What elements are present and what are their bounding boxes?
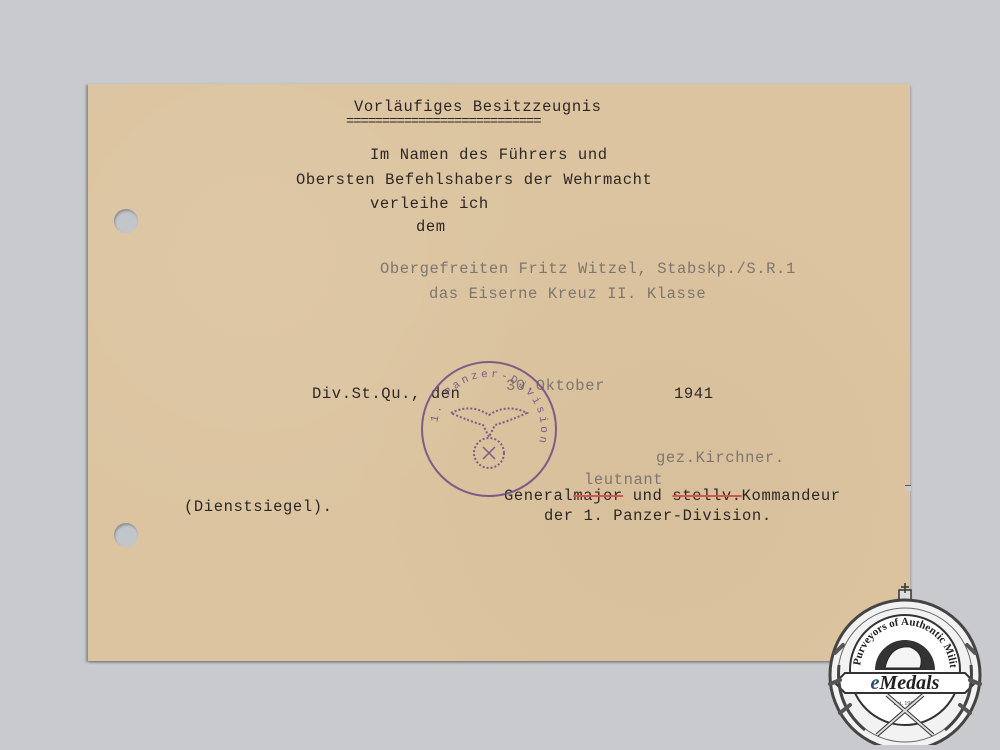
preamble-line-4: dem [416, 218, 446, 236]
unit-line: der 1. Panzer-Division. [544, 507, 772, 525]
seal-note: (Dienstsiegel). [184, 498, 333, 516]
document-paper: Vorläufiges Besitzzeugnis ==============… [88, 84, 910, 661]
signature-line: gez.Kirchner. [656, 449, 785, 467]
struck-rank: major [573, 487, 623, 505]
preamble-line-3: verleihe ich [370, 195, 489, 213]
rank-suffix: Kommandeur [742, 487, 841, 505]
preamble-line-2: Obersten Befehlshabers der Wehrmacht [296, 171, 652, 189]
award-line: das Eiserne Kreuz II. Klasse [429, 285, 706, 303]
rank-middle: und [623, 487, 673, 505]
emedals-badge-icon: Purveyors of Authentic Militaria eMedals… [815, 545, 995, 745]
emedals-watermark-logo: Purveyors of Authentic Militaria eMedals… [815, 545, 995, 745]
recipient-line: Obergefreiten Fritz Witzel, Stabskp./S.R… [380, 260, 796, 278]
official-stamp: 1. Panzer-Division [421, 361, 557, 497]
punch-hole-bottom [114, 523, 138, 547]
svg-text:eMedals: eMedals [871, 672, 940, 694]
struck-word: stellv. [672, 487, 741, 505]
preamble-line-1: Im Namen des Führers und [370, 146, 608, 164]
date-year: 1941 [674, 385, 714, 403]
punch-hole-top [114, 209, 138, 233]
paper-notch [905, 485, 911, 491]
eagle-stamp-icon: 1. Panzer-Division [423, 363, 555, 495]
title-underline: =========================== [346, 114, 540, 130]
